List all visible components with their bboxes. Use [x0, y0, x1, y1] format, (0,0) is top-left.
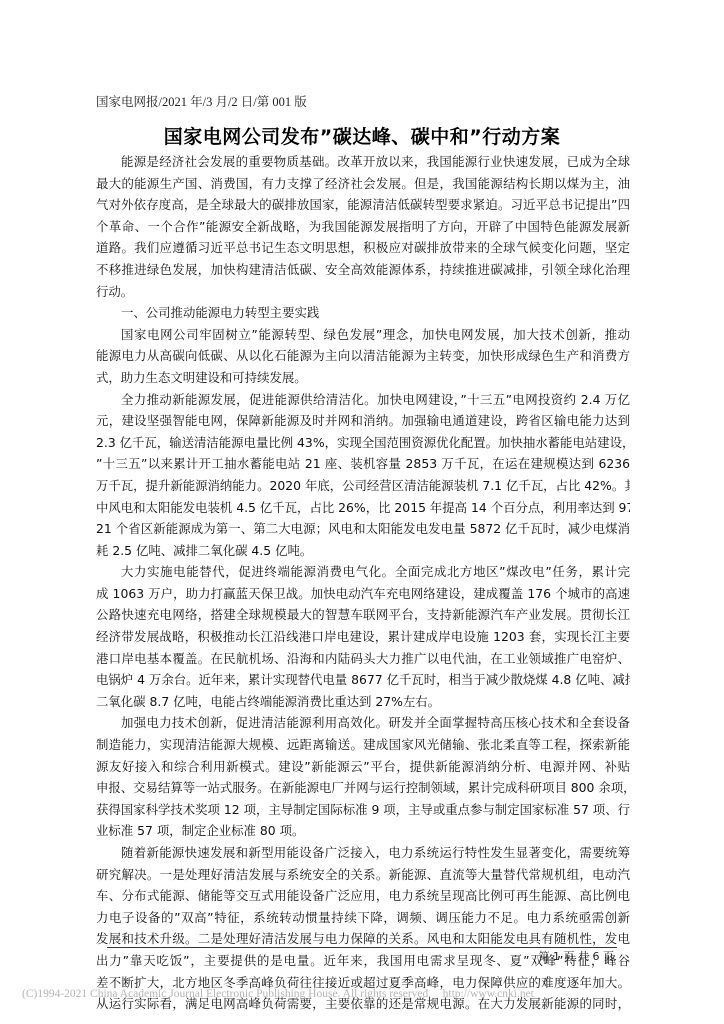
text-line: 车、分布式能源、储能等交互式用能设备广泛应用，电力系统呈现高比例可再生能源、高比… [96, 885, 630, 907]
text-line: 经济带发展战略，积极推动长江沿线港口岸电建设，累计建成岸电设施 1203 套，实… [96, 626, 630, 648]
text-line: 道路。我们应遵循习近平总书记生态文明思想，积极应对碳排放带来的全球气候变化问题，… [96, 237, 630, 259]
article-title: 国家电网公司发布”碳达峰、碳中和”行动方案 [0, 122, 724, 149]
text-line: 万千瓦，提升新能源消纳能力。2020 年底，公司经营区清洁能源装机 7.1 亿千… [96, 475, 630, 497]
publication-source: 国家电网报/2021 年/3 月/2 日/第 001 版 [96, 92, 307, 110]
text-line: 成 1063 万户，助力打赢蓝天保卫战。加快电动汽车充电网络建设，建成覆盖 17… [96, 583, 630, 605]
text-line: 申报、交易结算等一站式服务。在新能源电厂并网与运行控制领域，累计完成科研项目 8… [96, 777, 630, 799]
text-line: 随着新能源快速发展和新型用能设备广泛接入，电力系统运行特性发生显著变化，需要统筹 [96, 842, 630, 864]
text-line: 最大的能源生产国、消费国，有力支撑了经济社会发展。但是，我国能源结构长期以煤为主… [96, 173, 630, 195]
text-line: 式，助力生态文明建设和可持续发展。 [96, 367, 630, 389]
page-indicator: 第 1 页 共 6 页 [539, 948, 614, 964]
text-line: 21 个省区新能源成为第一、第二大电源；风电和太阳能发电发电量 5872 亿千瓦… [96, 518, 630, 540]
copyright-notice: (C)1994-2021 China Academic Journal Elec… [22, 988, 534, 1000]
text-line: 业标准 57 项，制定企业标准 80 项。 [96, 820, 630, 842]
text-line: 气对外依存度高，是全球最大的碳排放国家，能源清洁低碳转型要求紧迫。习近平总书记提… [96, 194, 630, 216]
text-line: 大力实施电能替代，促进终端能源消费电气化。全面完成北方地区”煤改电”任务，累计完 [96, 561, 630, 583]
text-line: 个革命、一个合作”能源安全新战略，为我国能源发展指明了方向，开辟了中国特色能源发… [96, 216, 630, 238]
text-line: 研究解决。一是处理好清洁发展与系统安全的关系。新能源、直流等大量替代常规机组，电… [96, 864, 630, 886]
text-line: 不移推进绿色发展，加快构建清洁低碳、安全高效能源体系，持续推进碳减排，引领全球化… [96, 259, 630, 281]
article-body: 能源是经济社会发展的重要物质基础。改革开放以来，我国能源行业快速发展，已成为全球… [96, 151, 630, 1015]
text-line: 公路快速充电网络，搭建全球规模最大的智慧车联网平台，支持新能源汽车产业发展。贯彻… [96, 604, 630, 626]
text-line: 行动。 [96, 281, 630, 303]
text-line: 2.3 亿千瓦，输送清洁能源电量比例 43%，实现全国范围资源优化配置。加快抽水… [96, 432, 630, 454]
text-line: 能源是经济社会发展的重要物质基础。改革开放以来，我国能源行业快速发展，已成为全球 [96, 151, 630, 173]
text-line: 加强电力技术创新，促进清洁能源利用高效化。研发并全面掌握特高压核心技术和全套设备 [96, 712, 630, 734]
text-line: 电锅炉 4 万余台。近年来，累计实现替代电量 8677 亿千瓦时，相当于减少散烧… [96, 669, 630, 691]
text-line: ”十三五”以来累计开工抽水蓄能电站 21 座、装机容量 2853 万千瓦，在运在… [96, 453, 630, 475]
text-line: 耗 2.5 亿吨、减排二氧化碳 4.5 亿吨。 [96, 540, 630, 562]
text-line: 全力推动新能源发展，促进能源供给清洁化。加快电网建设，”十三五”电网投资约 2.… [96, 389, 630, 411]
text-line: 一、公司推动能源电力转型主要实践 [96, 302, 630, 324]
text-line: 元，建设坚强智能电网，保障新能源及时并网和消纳。加强输电通道建设，跨省区输电能力… [96, 410, 630, 432]
text-line: 能源电力从高碳向低碳、从以化石能源为主向以清洁能源为主转变，加快形成绿色生产和消… [96, 345, 630, 367]
text-line: 获得国家科学技术奖项 12 项，主导制定国际标准 9 项，主导或重点参与制定国家… [96, 799, 630, 821]
text-line: 制造能力，实现清洁能源大规模、远距离输送。建成国家风光储输、张北柔直等工程，探索… [96, 734, 630, 756]
text-line: 中风电和太阳能发电装机 4.5 亿千瓦，占比 26%，比 2015 年提高 14… [96, 497, 630, 519]
text-line: 二氧化碳 8.7 亿吨，电能占终端能源消费比重达到 27%左右。 [96, 691, 630, 713]
text-line: 国家电网公司牢固树立”能源转型、绿色发展”理念，加快电网发展，加大技术创新，推动 [96, 324, 630, 346]
text-line: 力电子设备的”双高”特征，系统转动惯量持续下降，调频、调压能力不足。电力系统亟需… [96, 907, 630, 929]
text-line: 源友好接入和综合利用新模式。建设”新能源云”平台，提供新能源消纳分析、电源并网、… [96, 756, 630, 778]
text-line: 港口岸电基本覆盖。在民航机场、沿海和内陆码头大力推广以电代油，在工业领域推广电窑… [96, 648, 630, 670]
